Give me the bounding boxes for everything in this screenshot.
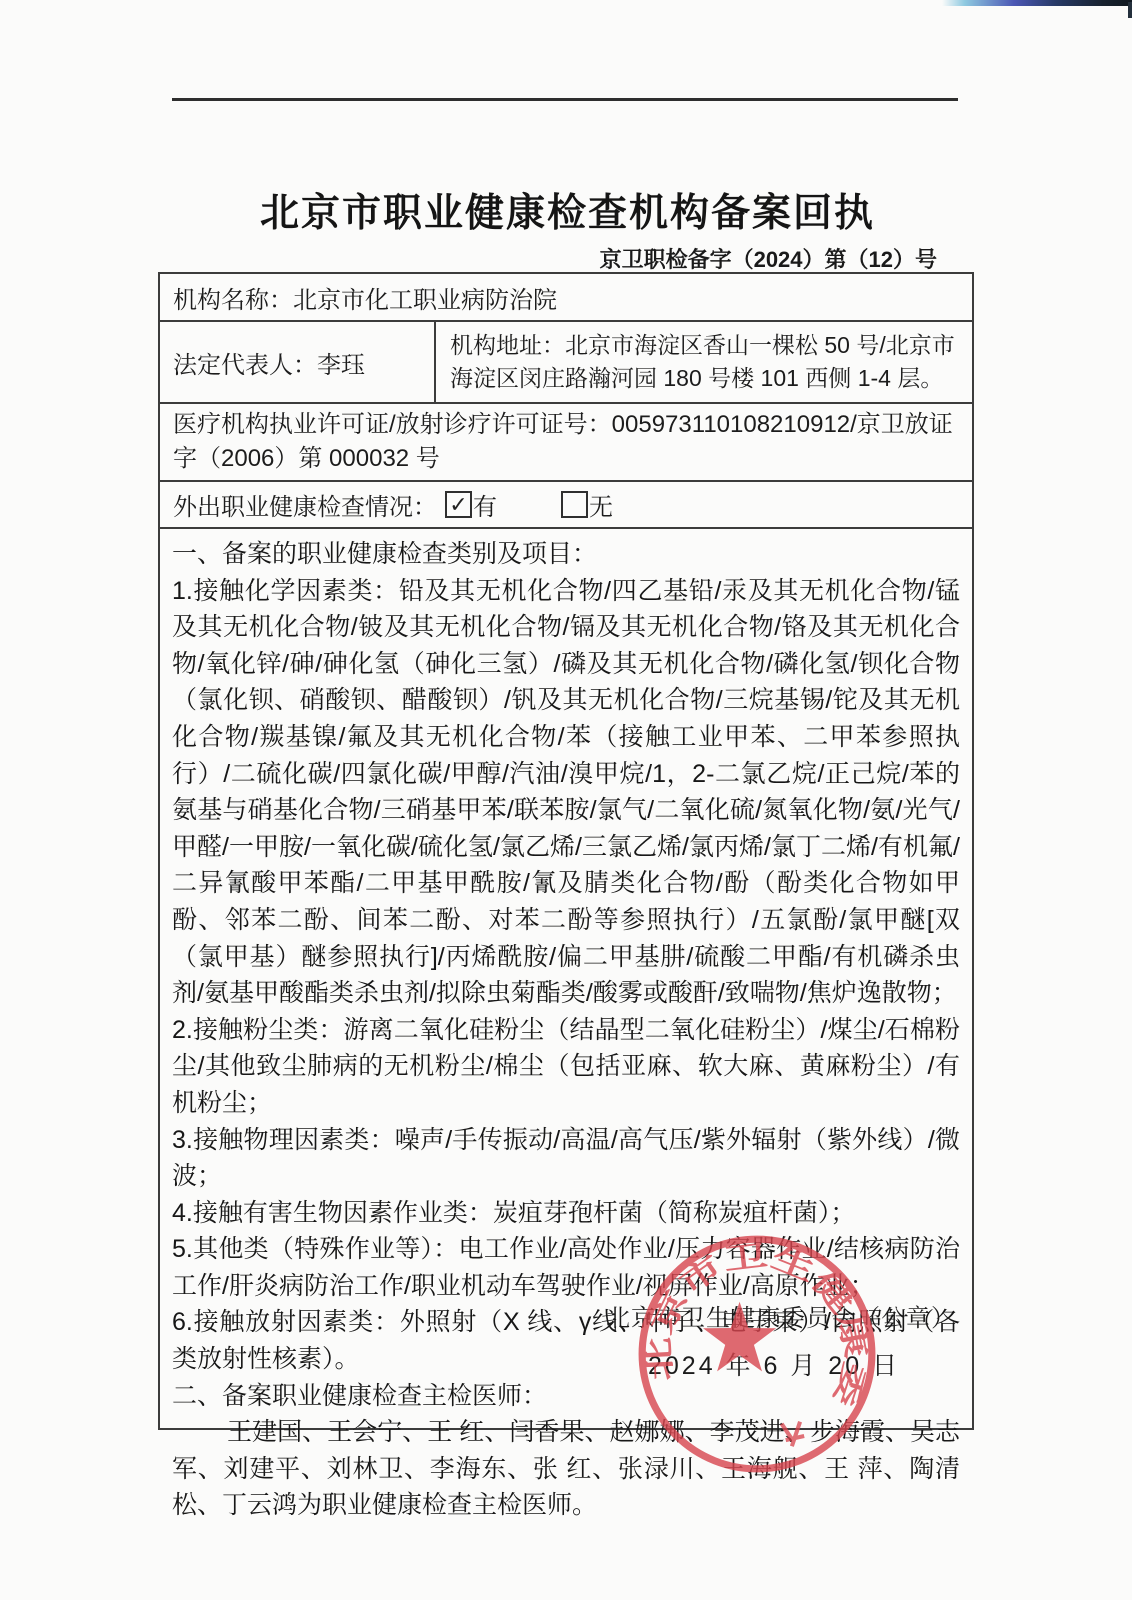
signature-authority: 北京市卫生健康委员会（公章） [606,1298,936,1333]
legal-rep-text: 法定代表人：李珏 [173,345,365,380]
category-item-5: 5.其他类（特殊作业等）：电工作业/高处作业/压力容器作业/结核病防治工作/肝炎… [172,1231,960,1304]
section2-title: 二、备案职业健康检查主检医师： [172,1378,960,1415]
field-service-label: 外出职业健康检查情况： [173,487,437,522]
scan-artifact-tick [1128,2,1132,18]
checkbox-yes-checked-icon: ✓ [445,491,472,518]
category-item-2: 2.接触粉尘类：游离二氧化硅粉尘（结晶型二氧化硅粉尘）/煤尘/石棉粉尘/其他致尘… [172,1012,960,1122]
chief-physicians-text: 王建国、王会宁、王 红、闫香果、赵娜娜、李茂进、步海霞、吴志军、刘建平、刘林卫、… [172,1414,960,1524]
header-rule [172,98,958,101]
document-page: 北京市职业健康检查机构备案回执 京卫职检备字（2024）第（12）号 机构名称：… [0,0,1132,1600]
row-license: 医疗机构执业许可证/放射诊疗许可证号：005973110108210912/京卫… [158,402,974,482]
row-rep-address: 法定代表人：李珏 机构地址：北京市海淀区香山一棵松 50 号/北京市海淀区闵庄路… [158,320,974,404]
org-name-text: 机构名称：北京市化工职业病防治院 [173,280,557,315]
category-item-4: 4.接触有害生物因素作业类：炭疽芽孢杆菌（简称炭疽杆菌）； [172,1195,960,1232]
filing-table: 机构名称：北京市化工职业病防治院 法定代表人：李珏 机构地址：北京市海淀区香山一… [158,272,974,1430]
row-body: 一、备案的职业健康检查类别及项目： 1.接触化学因素类：铅及其无机化合物/四乙基… [158,527,974,1430]
section1-title: 一、备案的职业健康检查类别及项目： [172,536,960,573]
address-cell: 机构地址：北京市海淀区香山一棵松 50 号/北京市海淀区闵庄路瀚河园 180 号… [436,322,972,402]
field-service-yes-label: 有 [473,487,497,522]
field-service-no-label: 无 [589,487,613,522]
category-item-3: 3.接触物理因素类：噪声/手传振动/高温/高气压/紫外辐射（紫外线）/微波； [172,1122,960,1195]
row-field-service: 外出职业健康检查情况： ✓ 有 无 [158,480,974,529]
category-item-1: 1.接触化学因素类：铅及其无机化合物/四乙基铅/汞及其无机化合物/锰及其无机化合… [172,573,960,1012]
checkbox-no-empty-icon [561,491,588,518]
row-org-name: 机构名称：北京市化工职业病防治院 [158,272,974,322]
page-title: 北京市职业健康检查机构备案回执 [160,182,975,238]
legal-rep-cell: 法定代表人：李珏 [160,322,436,402]
scan-artifact-strip [942,0,1132,6]
document-number: 京卫职检备字（2024）第（12）号 [160,243,937,274]
address-text: 机构地址：北京市海淀区香山一棵松 50 号/北京市海淀区闵庄路瀚河园 180 号… [450,329,964,395]
license-text: 医疗机构执业许可证/放射诊疗许可证号：005973110108210912/京卫… [173,408,962,476]
signature-date: 2024 年 6 月 20 日 [648,1346,900,1382]
